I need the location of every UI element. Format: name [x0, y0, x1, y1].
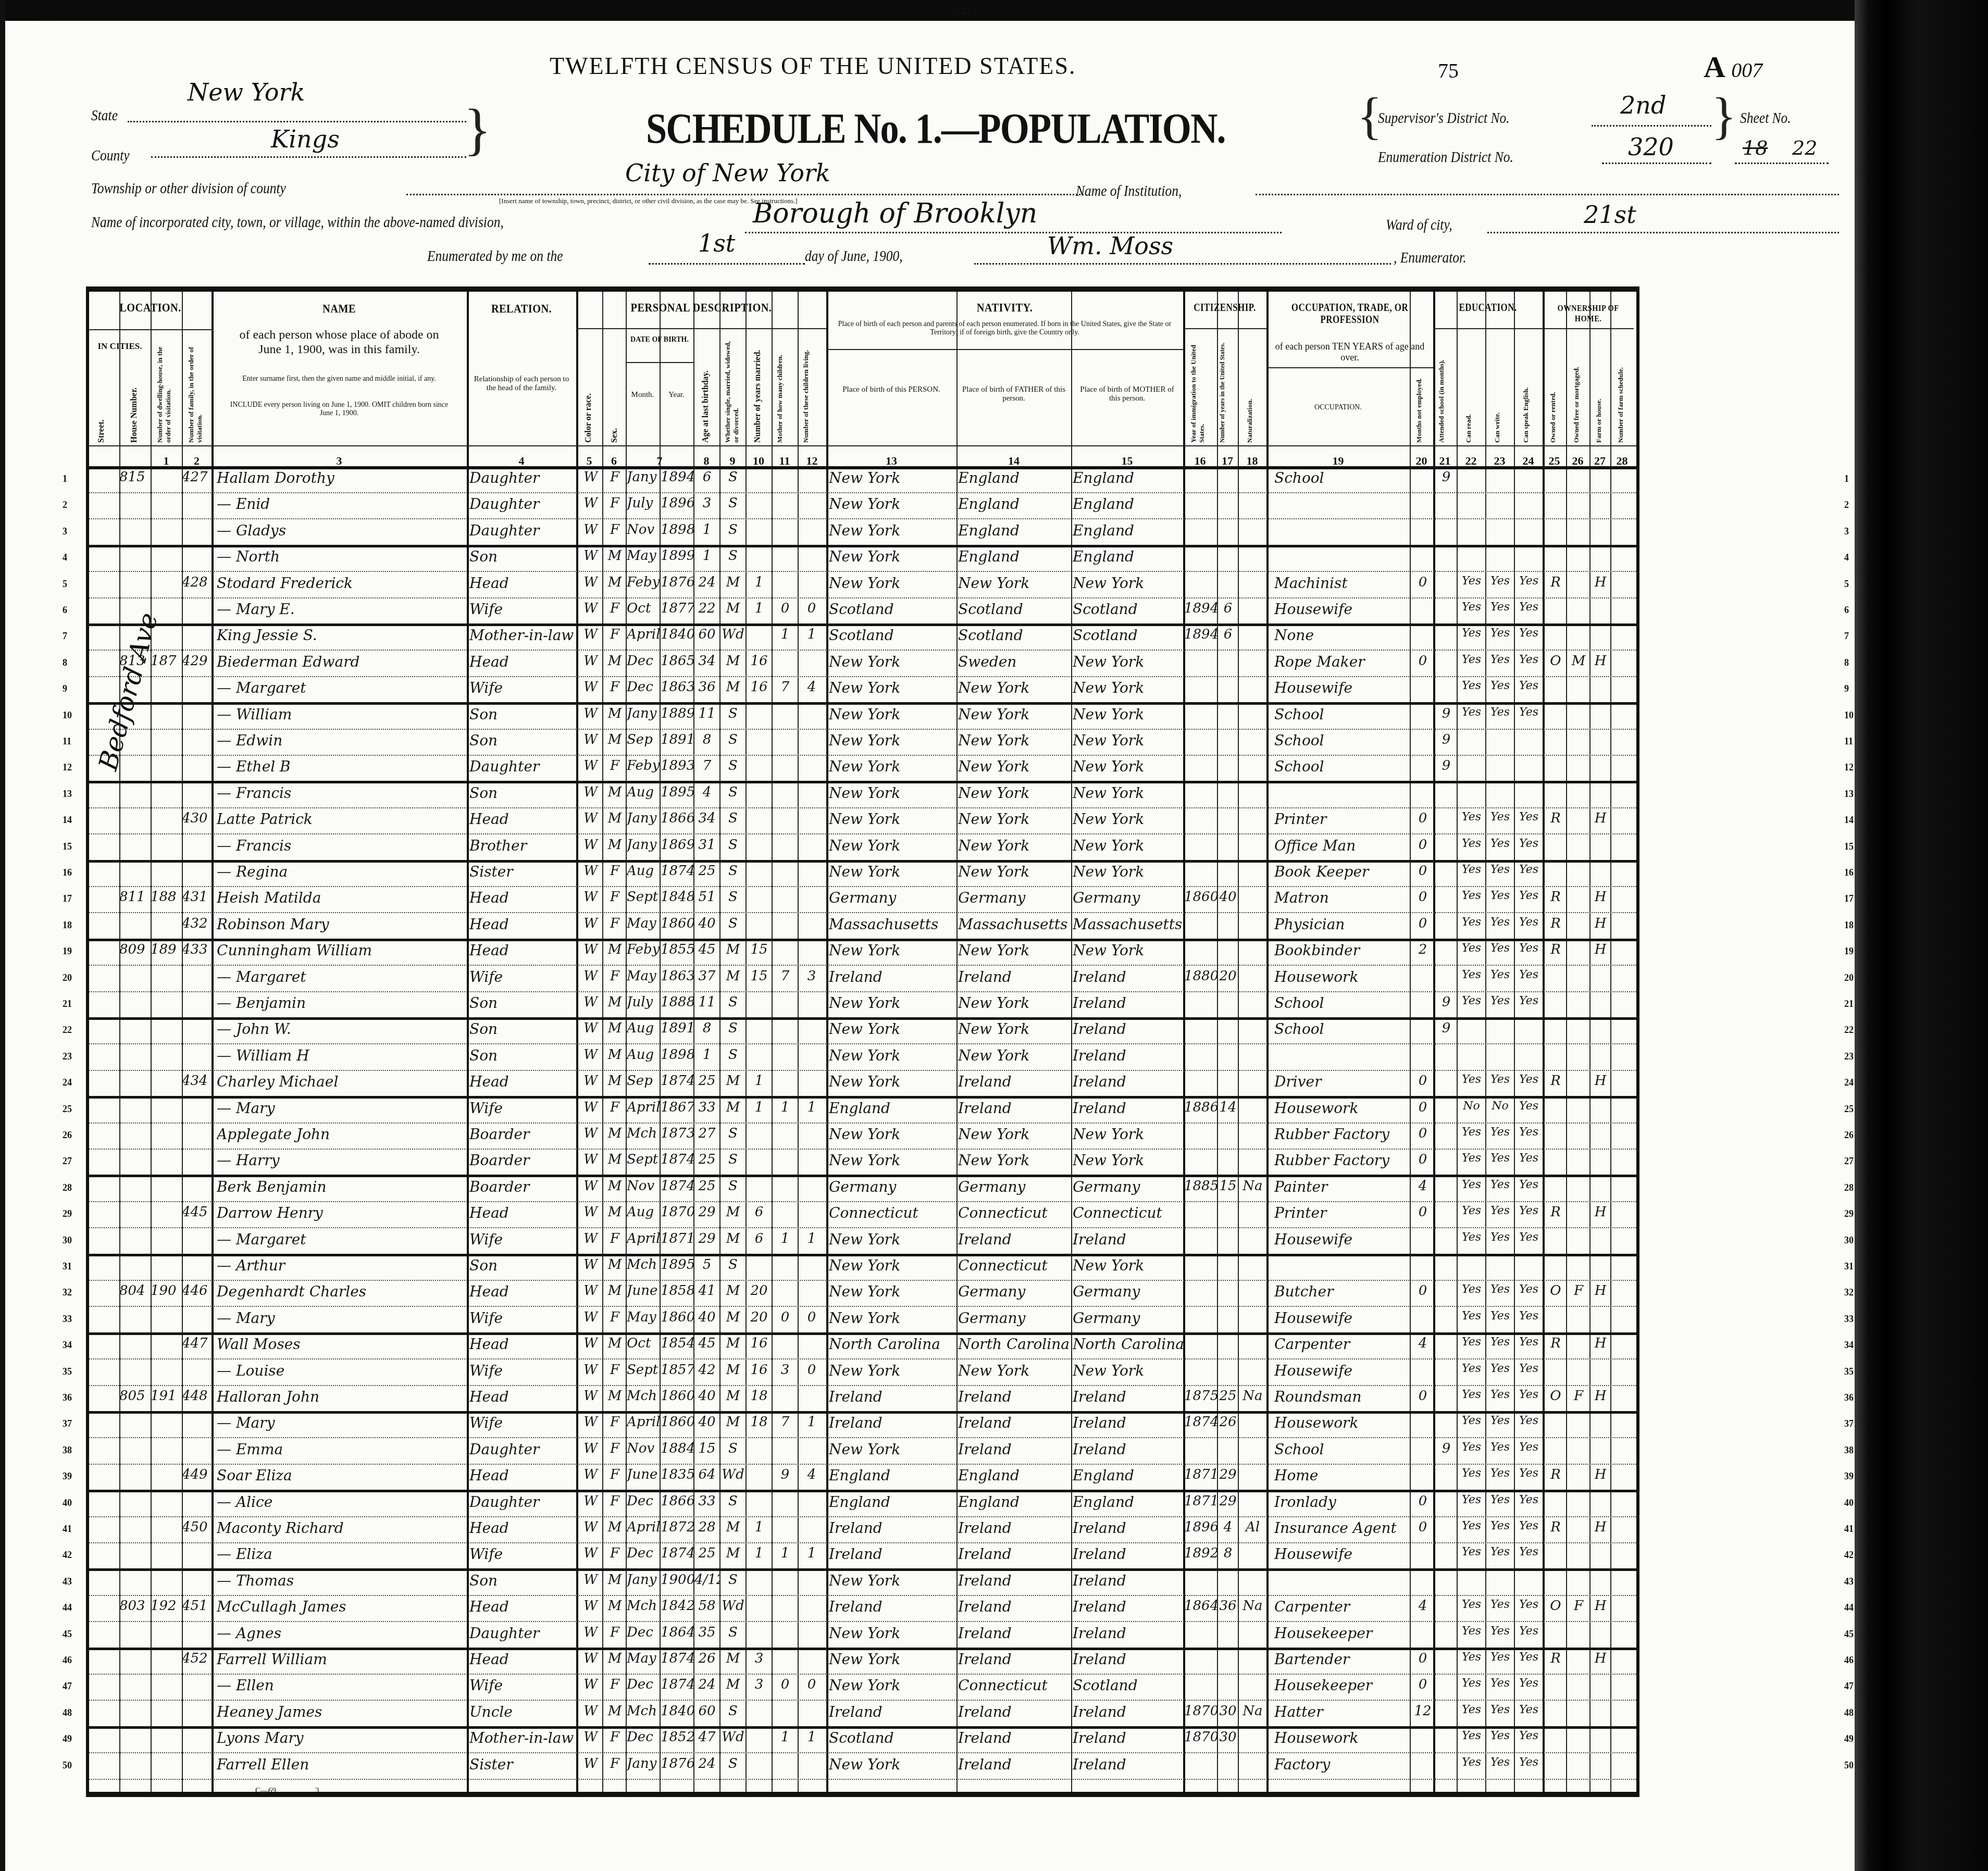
age-cell: 29 — [694, 1231, 719, 1252]
name-cell: — North — [217, 548, 467, 569]
years-married-cell: 3 — [747, 1677, 772, 1698]
farm-schedule-cell — [1611, 1519, 1632, 1540]
age-cell: 8 — [694, 732, 719, 753]
months-unemployed-cell — [1412, 1231, 1433, 1252]
name-cell: — Ethel B — [217, 758, 467, 779]
header-children-living: Number of these children living. — [802, 336, 823, 443]
birth-month-cell: Jany — [627, 810, 660, 831]
supervisor-district-value: 2nd — [1620, 91, 1666, 119]
can-write-cell: Yes — [1486, 968, 1514, 989]
months-unemployed-cell: 0 — [1412, 575, 1433, 595]
owned-rented-cell — [1545, 1309, 1566, 1330]
age-cell: 22 — [694, 601, 719, 621]
city-line — [745, 232, 1282, 233]
header-name-instr2: INCLUDE every person living on June 1, 1… — [227, 401, 451, 418]
marital-status-cell: Wd — [720, 1729, 745, 1750]
age-cell: 45 — [694, 942, 719, 963]
family-number-cell — [182, 1677, 212, 1698]
name-cell: — Benjamin — [217, 994, 467, 1015]
row-number-right: 29 — [1844, 1208, 1854, 1219]
house-number-cell — [119, 1204, 151, 1225]
can-read-cell: Yes — [1458, 1467, 1485, 1488]
years-in-us-cell: 26 — [1218, 1414, 1238, 1435]
marital-status-cell: M — [720, 1414, 745, 1435]
father-birthplace-cell: New York — [958, 1047, 1071, 1068]
mother-of-cell — [773, 863, 798, 884]
immigration-year-cell — [1184, 469, 1217, 490]
months-unemployed-cell: 0 — [1412, 1100, 1433, 1120]
school-months-cell — [1436, 627, 1457, 647]
immigration-year-cell — [1184, 1625, 1217, 1645]
naturalization-cell — [1239, 1204, 1266, 1225]
naturalization-cell — [1239, 837, 1266, 858]
row-number-right: 8 — [1844, 657, 1849, 668]
can-speak-english-cell: Yes — [1515, 1703, 1543, 1724]
sex-cell: M — [604, 1598, 626, 1619]
farm-schedule-cell — [1611, 758, 1632, 779]
birth-year-cell: 1848 — [661, 889, 693, 910]
can-write-cell — [1486, 784, 1514, 805]
naturalization-cell — [1239, 1625, 1266, 1645]
months-unemployed-cell: 0 — [1412, 1493, 1433, 1514]
family-number-cell — [182, 1152, 212, 1173]
months-unemployed-cell — [1412, 758, 1433, 779]
family-number-cell: 445 — [182, 1204, 212, 1225]
birth-year-cell: 1854 — [661, 1336, 693, 1356]
free-mortgaged-cell — [1568, 916, 1589, 937]
name-cell: Farrell Ellen — [217, 1756, 467, 1777]
birth-month-cell: April — [627, 627, 660, 647]
school-months-cell: 9 — [1436, 994, 1457, 1015]
table-row: — William HSonWMAug18981SNew YorkNew Yor… — [89, 1044, 1636, 1071]
can-write-cell: Yes — [1486, 1467, 1514, 1488]
free-mortgaged-cell — [1568, 1729, 1589, 1750]
header-ownership: OWNERSHIP OF HOME. — [1549, 303, 1627, 324]
years-in-us-cell — [1218, 758, 1238, 779]
dwelling-number-cell — [151, 994, 182, 1015]
dwelling-number-cell — [151, 1204, 182, 1225]
marital-status-cell: M — [720, 1545, 745, 1566]
row-number-left: 30 — [63, 1235, 72, 1246]
sex-cell: M — [604, 732, 626, 753]
name-cell: Halloran John — [217, 1388, 467, 1409]
marital-status-cell: S — [720, 863, 745, 884]
footer-code: C—69 — [255, 1787, 276, 1795]
father-birthplace-cell: New York — [958, 1126, 1071, 1146]
color-cell: W — [579, 627, 602, 647]
relation-cell: Boarder — [469, 1178, 576, 1199]
years-in-us-cell — [1218, 679, 1238, 700]
can-write-cell: Yes — [1486, 1152, 1514, 1173]
relation-cell: Head — [469, 1204, 576, 1225]
can-read-cell — [1458, 1047, 1485, 1068]
farm-schedule-cell — [1611, 916, 1632, 937]
relation-cell: Mother-in-law — [469, 627, 576, 647]
row-number-left: 50 — [63, 1760, 72, 1771]
farm-house-cell: H — [1591, 575, 1610, 595]
can-write-cell: Yes — [1486, 1362, 1514, 1383]
dwelling-number-cell — [151, 1441, 182, 1462]
father-birthplace-cell: Ireland — [958, 1414, 1071, 1435]
children-living-cell — [799, 1441, 825, 1462]
relation-cell: Son — [469, 994, 576, 1015]
school-months-cell — [1436, 1493, 1457, 1514]
school-months-cell — [1436, 1100, 1457, 1120]
mother-of-cell — [773, 1204, 798, 1225]
can-write-cell: Yes — [1486, 1545, 1514, 1566]
months-unemployed-cell — [1412, 1047, 1433, 1068]
relation-cell: Head — [469, 810, 576, 831]
can-write-cell: Yes — [1486, 1309, 1514, 1330]
immigration-year-cell — [1184, 1362, 1217, 1383]
header-immigration-year: Year of immigration to the United States… — [1189, 336, 1211, 443]
sex-cell: F — [604, 469, 626, 490]
farm-house-cell — [1591, 1677, 1610, 1698]
farm-schedule-cell — [1611, 575, 1632, 595]
age-cell: 25 — [694, 1545, 719, 1566]
row-number-left: 21 — [63, 999, 72, 1009]
can-write-cell: Yes — [1486, 1126, 1514, 1146]
years-in-us-cell — [1218, 837, 1238, 858]
birth-month-cell: Jany — [627, 706, 660, 727]
occupation-cell: Housewife — [1274, 1545, 1410, 1566]
family-number-cell — [182, 1100, 212, 1120]
owned-rented-cell: R — [1545, 916, 1566, 937]
row-number-left: 20 — [63, 972, 72, 983]
table-row: 450Maconty RichardHeadWMApril187228M1Ire… — [89, 1516, 1636, 1543]
enumerated-day: 1st — [698, 229, 735, 257]
can-write-cell — [1486, 495, 1514, 516]
can-write-cell: Yes — [1486, 1625, 1514, 1645]
occupation-cell: Physician — [1274, 916, 1410, 937]
row-number-right: 15 — [1844, 841, 1854, 852]
birth-year-cell: 1866 — [661, 1493, 693, 1514]
can-write-cell: Yes — [1486, 706, 1514, 727]
birth-year-cell: 1860 — [661, 1309, 693, 1330]
farm-schedule-cell — [1611, 1336, 1632, 1356]
farm-schedule-cell — [1611, 627, 1632, 647]
father-birthplace-cell: England — [958, 1467, 1071, 1488]
row-number-right: 11 — [1844, 736, 1853, 747]
years-married-cell: 1 — [747, 1545, 772, 1566]
table-row: — GladysDaughterWFNov18981SNew YorkEngla… — [89, 519, 1636, 547]
state-line — [128, 121, 466, 122]
mother-birthplace-cell: New York — [1073, 863, 1183, 884]
free-mortgaged-cell — [1568, 1309, 1589, 1330]
free-mortgaged-cell — [1568, 1100, 1589, 1120]
can-speak-english-cell — [1515, 732, 1543, 753]
free-mortgaged-cell — [1568, 1336, 1589, 1356]
months-unemployed-cell — [1412, 522, 1433, 543]
farm-schedule-cell — [1611, 1598, 1632, 1619]
school-months-cell — [1436, 1073, 1457, 1094]
immigration-year-cell: 1874 — [1184, 1414, 1217, 1435]
free-mortgaged-cell — [1568, 548, 1589, 569]
can-speak-english-cell — [1515, 522, 1543, 543]
header-personal-description: PERSONAL DESCRIPTION. — [595, 301, 807, 315]
relation-cell: Head — [469, 889, 576, 910]
marital-status-cell: S — [720, 522, 745, 543]
years-married-cell — [747, 548, 772, 569]
color-cell: W — [579, 1362, 602, 1383]
name-cell: — Alice — [217, 1493, 467, 1514]
dwelling-number-cell: 188 — [151, 889, 182, 910]
birth-year-cell: 1857 — [661, 1362, 693, 1383]
immigration-year-cell: 1894 — [1184, 601, 1217, 621]
rule — [89, 445, 1636, 446]
years-in-us-cell — [1218, 1152, 1238, 1173]
months-unemployed-cell — [1412, 1309, 1433, 1330]
occupation-cell: Rope Maker — [1274, 653, 1410, 674]
years-in-us-cell — [1218, 1309, 1238, 1330]
can-write-cell: Yes — [1486, 1336, 1514, 1356]
schedule-title: SCHEDULE No. 1.—POPULATION. — [646, 104, 1225, 153]
marital-status-cell: M — [720, 1388, 745, 1409]
naturalization-cell — [1239, 653, 1266, 674]
owned-rented-cell — [1545, 1126, 1566, 1146]
children-living-cell — [799, 575, 825, 595]
color-cell: W — [579, 575, 602, 595]
relation-cell: Son — [469, 1020, 576, 1041]
owned-rented-cell — [1545, 1152, 1566, 1173]
enumerator-label: , Enumerator. — [1394, 249, 1467, 267]
family-number-cell: 450 — [182, 1519, 212, 1540]
can-read-cell: Yes — [1458, 1336, 1485, 1356]
school-months-cell — [1436, 1126, 1457, 1146]
dwelling-number-cell — [151, 1020, 182, 1041]
naturalization-cell — [1239, 1729, 1266, 1750]
sex-cell: F — [604, 601, 626, 621]
house-number-cell — [119, 1519, 151, 1540]
can-write-cell: Yes — [1486, 1388, 1514, 1409]
relation-cell: Wife — [469, 1362, 576, 1383]
enumerated-day-line — [649, 263, 805, 265]
relation-cell: Son — [469, 1047, 576, 1068]
table-row: — Mary E.WifeWFOct187722M100ScotlandScot… — [89, 597, 1636, 626]
table-row: King Jessie S.Mother-in-lawWFApril184060… — [89, 623, 1636, 651]
row-number-left: 42 — [63, 1550, 72, 1561]
mother-birthplace-cell: New York — [1073, 837, 1183, 858]
months-unemployed-cell: 0 — [1412, 1152, 1433, 1173]
occupation-cell: Bartender — [1274, 1651, 1410, 1672]
immigration-year-cell — [1184, 679, 1217, 700]
free-mortgaged-cell — [1568, 706, 1589, 727]
school-months-cell — [1436, 1545, 1457, 1566]
school-months-cell — [1436, 863, 1457, 884]
family-number-cell — [182, 679, 212, 700]
can-speak-english-cell: Yes — [1515, 1073, 1543, 1094]
age-cell: 25 — [694, 1073, 719, 1094]
free-mortgaged-cell — [1568, 1126, 1589, 1146]
farm-schedule-cell — [1611, 732, 1632, 753]
school-months-cell — [1436, 1519, 1457, 1540]
birthplace-cell: England — [829, 1100, 956, 1120]
sex-cell: F — [604, 889, 626, 910]
birth-month-cell: Aug — [627, 1020, 660, 1041]
relation-cell: Sister — [469, 1756, 576, 1777]
occupation-cell: Housewife — [1274, 601, 1410, 621]
birthplace-cell: New York — [829, 1441, 956, 1462]
sex-cell: F — [604, 522, 626, 543]
farm-house-cell — [1591, 1703, 1610, 1724]
can-speak-english-cell: Yes — [1515, 1493, 1543, 1514]
marital-status-cell: S — [720, 916, 745, 937]
row-number-left: 11 — [63, 736, 71, 747]
years-married-cell — [747, 1047, 772, 1068]
sex-cell: M — [604, 548, 626, 569]
rule — [576, 328, 826, 329]
immigration-year-cell: 1860 — [1184, 889, 1217, 910]
house-number-cell — [119, 495, 151, 516]
months-unemployed-cell — [1412, 784, 1433, 805]
birth-year-cell: 1891 — [661, 1020, 693, 1041]
father-birthplace-cell: Germany — [958, 889, 1071, 910]
house-number-cell — [119, 1756, 151, 1777]
name-cell: Charley Michael — [217, 1073, 467, 1094]
family-number-cell: 446 — [182, 1283, 212, 1304]
relation-cell: Head — [469, 1519, 576, 1540]
months-unemployed-cell: 0 — [1412, 653, 1433, 674]
district-brace-right: } — [1711, 86, 1736, 146]
naturalization-cell — [1239, 942, 1266, 963]
farm-house-cell — [1591, 1414, 1610, 1435]
can-speak-english-cell: Yes — [1515, 1756, 1543, 1777]
occupation-cell: Rubber Factory — [1274, 1126, 1410, 1146]
enumeration-district-label: Enumeration District No. — [1378, 148, 1513, 166]
free-mortgaged-cell — [1568, 837, 1589, 858]
naturalization-cell — [1239, 522, 1266, 543]
occupation-cell: School — [1274, 469, 1410, 490]
row-number-right: 42 — [1844, 1550, 1854, 1561]
free-mortgaged-cell — [1568, 679, 1589, 700]
row-number-left: 5 — [63, 579, 67, 590]
table-row: 805191448Halloran JohnHeadWMMch186040M18… — [89, 1385, 1636, 1414]
can-speak-english-cell: Yes — [1515, 942, 1543, 963]
table-row: — ReginaSisterWFAug187425SNew YorkNew Yo… — [89, 860, 1636, 887]
row-number-right: 47 — [1844, 1681, 1854, 1692]
years-in-us-cell — [1218, 784, 1238, 805]
months-unemployed-cell: 0 — [1412, 863, 1433, 884]
owned-rented-cell — [1545, 1178, 1566, 1199]
months-unemployed-cell: 12 — [1412, 1703, 1433, 1724]
occupation-cell: Factory — [1274, 1756, 1410, 1777]
row-number-right: 40 — [1844, 1498, 1854, 1508]
occupation-cell: School — [1274, 706, 1410, 727]
relation-cell: Boarder — [469, 1152, 576, 1173]
naturalization-cell — [1239, 1126, 1266, 1146]
birthplace-cell: Ireland — [829, 1519, 956, 1540]
family-number-cell: 449 — [182, 1467, 212, 1488]
dwelling-number-cell — [151, 1047, 182, 1068]
naturalization-cell — [1239, 1756, 1266, 1777]
marital-status-cell: S — [720, 1020, 745, 1041]
table-row: — Ethel BDaughterWFFeby18937SNew YorkNew… — [89, 755, 1636, 783]
years-in-us-cell — [1218, 732, 1238, 753]
mother-birthplace-cell: Ireland — [1073, 1756, 1183, 1777]
farm-house-cell — [1591, 784, 1610, 805]
birth-month-cell: Jany — [627, 469, 660, 490]
birth-month-cell: Dec — [627, 1625, 660, 1645]
children-living-cell — [799, 942, 825, 963]
free-mortgaged-cell — [1568, 1257, 1589, 1278]
father-birthplace-cell: New York — [958, 679, 1071, 700]
months-unemployed-cell: 0 — [1412, 810, 1433, 831]
relation-cell: Wife — [469, 601, 576, 621]
farm-schedule-cell — [1611, 1625, 1632, 1645]
immigration-year-cell — [1184, 994, 1217, 1015]
can-write-cell: Yes — [1486, 653, 1514, 674]
birth-year-cell: 1891 — [661, 732, 693, 753]
name-cell: — Harry — [217, 1152, 467, 1173]
family-number-cell — [182, 758, 212, 779]
mother-of-cell: 0 — [773, 1309, 798, 1330]
relation-cell: Wife — [469, 1231, 576, 1252]
marital-status-cell: M — [720, 1100, 745, 1120]
form-number: 7-224. — [951, 4, 980, 18]
institution-label: Name of Institution, — [1076, 182, 1182, 200]
immigration-year-cell: 1875 — [1184, 1388, 1217, 1409]
row-number-left: 23 — [63, 1051, 72, 1062]
row-number-left: 31 — [63, 1261, 72, 1272]
color-cell: W — [579, 522, 602, 543]
age-cell: 28 — [694, 1519, 719, 1540]
birth-month-cell: April — [627, 1100, 660, 1120]
months-unemployed-cell — [1412, 1441, 1433, 1462]
owned-rented-cell: O — [1545, 1283, 1566, 1304]
name-cell: — Margaret — [217, 679, 467, 700]
can-read-cell: Yes — [1458, 1178, 1485, 1199]
can-read-cell: Yes — [1458, 1362, 1485, 1383]
occupation-cell: Machinist — [1274, 575, 1410, 595]
immigration-year-cell: 1880 — [1184, 968, 1217, 989]
immigration-year-cell: 1870 — [1184, 1729, 1217, 1750]
birthplace-cell: England — [829, 1493, 956, 1514]
state-label: State — [91, 107, 118, 124]
color-cell: W — [579, 601, 602, 621]
row-number-right: 3 — [1844, 526, 1849, 537]
birth-year-cell: 1894 — [661, 469, 693, 490]
header-pob-person: Place of birth of this PERSON. — [831, 385, 951, 394]
color-cell: W — [579, 1388, 602, 1409]
naturalization-cell — [1239, 1047, 1266, 1068]
occupation-cell: Housework — [1274, 968, 1410, 989]
free-mortgaged-cell: F — [1568, 1388, 1589, 1409]
table-row: 449Soar ElizaHeadWFJune183564Wd94England… — [89, 1464, 1636, 1492]
house-number-cell — [119, 837, 151, 858]
marital-status-cell: Wd — [720, 627, 745, 647]
table-row: 445Darrow HenryHeadWMAug187029M6Connecti… — [89, 1201, 1636, 1228]
children-living-cell: 1 — [799, 1100, 825, 1120]
header-occupation-title: OCCUPATION, TRADE, OR PROFESSION — [1279, 302, 1421, 326]
table-row: 452Farrell WilliamHeadWMMay187426M3New Y… — [89, 1648, 1636, 1675]
children-living-cell — [799, 1336, 825, 1356]
children-living-cell — [799, 1703, 825, 1724]
marital-status-cell: Wd — [720, 1598, 745, 1619]
birth-month-cell: July — [627, 495, 660, 516]
birthplace-cell: New York — [829, 758, 956, 779]
sex-cell: M — [604, 1519, 626, 1540]
mother-birthplace-cell: England — [1073, 1467, 1183, 1488]
father-birthplace-cell: Ireland — [958, 968, 1071, 989]
marital-status-cell: S — [720, 1493, 745, 1514]
years-in-us-cell: 8 — [1218, 1545, 1238, 1566]
birthplace-cell: New York — [829, 1677, 956, 1698]
years-in-us-cell — [1218, 1362, 1238, 1383]
row-number-left: 44 — [63, 1602, 72, 1613]
birthplace-cell: New York — [829, 706, 956, 727]
years-in-us-cell — [1218, 1047, 1238, 1068]
age-cell: 33 — [694, 1493, 719, 1514]
